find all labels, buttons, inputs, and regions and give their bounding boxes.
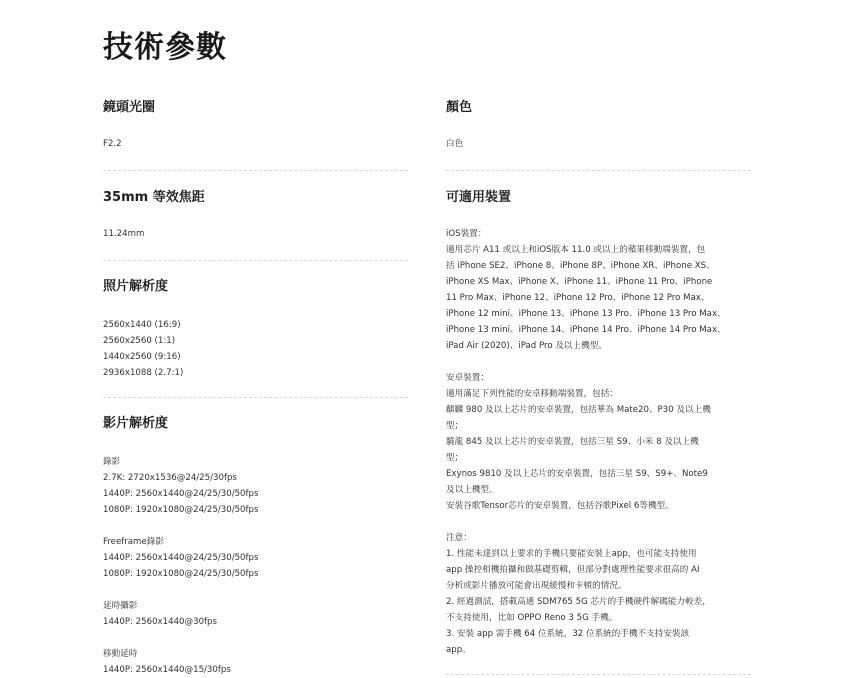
- group-label: Freeframe錄影: [103, 534, 408, 550]
- device-text: 麒麟 980 及以上芯片的安卓裝置，包括華為 Mate20、P30 及以上機: [446, 402, 751, 418]
- device-text: 11 Pro Max、iPhone 12、iPhone 12 Pro、iPhon…: [446, 290, 751, 306]
- spec-value: 2560x2560 (1:1): [103, 333, 408, 349]
- device-text: 適用芯片 A11 或以上和iOS版本 11.0 或以上的蘋果移動端裝置，包: [446, 242, 751, 258]
- spec-value: 11.24mm: [103, 226, 408, 242]
- spec-value: 2.7K: 2720x1536@24/25/30fps: [103, 470, 408, 486]
- section-color: 顏色 白色: [446, 100, 751, 152]
- note-text: 2. 經過測試，搭載高通 SDM765 5G 芯片的手機硬件解碼能力較差，: [446, 594, 751, 610]
- group-label: iOS裝置：: [446, 226, 751, 242]
- section-title: 照片解析度: [103, 279, 408, 295]
- divider: [103, 260, 408, 261]
- section-title: 35mm 等效焦距: [103, 190, 408, 206]
- note-text: app。: [446, 642, 751, 658]
- spec-value: 1440P: 2560x1440@24/25/30/50fps: [103, 550, 408, 566]
- group-label: 延時攝影: [103, 598, 408, 614]
- device-text: 型；: [446, 418, 751, 434]
- note-text: app 操控相機拍攝和做基礎剪輯，但部分對處理性能要求很高的 AI: [446, 562, 751, 578]
- note-text: 分析或影片播放可能會出現緩慢和卡頓的情況。: [446, 578, 751, 594]
- section-title: 可適用裝置: [446, 190, 751, 206]
- device-text: 安裝谷歌Tensor芯片的安卓裝置，包括谷歌Pixel 6等機型。: [446, 498, 751, 514]
- device-text: iPad Air (2020)、iPad Pro 及以上機型。: [446, 338, 751, 354]
- device-text: 適用滿足下列性能的安卓移動端裝置，包括：: [446, 386, 751, 402]
- section-photo-resolution: 照片解析度 2560x1440 (16:9) 2560x2560 (1:1) 1…: [103, 279, 408, 381]
- section-title: 鏡頭光圈: [103, 100, 408, 116]
- divider: [446, 170, 751, 171]
- spec-value: 1440P: 2560x1440@24/25/30/50fps: [103, 486, 408, 502]
- spec-value: 2560x1440 (16:9): [103, 317, 408, 333]
- device-text: iPhone 12 mini、iPhone 13、iPhone 13 Pro、i…: [446, 306, 751, 322]
- spec-value: 1440x2560 (9:16): [103, 349, 408, 365]
- spec-value: 1440P: 2560x1440@30fps: [103, 614, 408, 630]
- page-title: 技術參數: [103, 22, 227, 66]
- group-label: 注意：: [446, 530, 751, 546]
- spec-value: 白色: [446, 136, 751, 152]
- device-text: 型；: [446, 450, 751, 466]
- section-title: 影片解析度: [103, 416, 408, 432]
- note-text: 1. 性能未達到以上要求的手機只要能安裝上app，也可能支持使用: [446, 546, 751, 562]
- group-label: 移動延時: [103, 646, 408, 662]
- device-text: iPhone XS Max、iPhone X、iPhone 11、iPhone …: [446, 274, 751, 290]
- divider: [103, 170, 408, 171]
- device-text: iPhone 13 mini、iPhone 14、iPhone 14 Pro、i…: [446, 322, 751, 338]
- divider: [103, 397, 408, 398]
- spec-value: 1080P: 1920x1080@24/25/30/50fps: [103, 502, 408, 518]
- spec-value: 1440P: 2560x1440@15/30fps: [103, 662, 408, 678]
- section-focal-length: 35mm 等效焦距 11.24mm: [103, 190, 408, 242]
- device-text: Exynos 9810 及以上芯片的安卓裝置，包括三星 S9、S9+、Note9: [446, 466, 751, 482]
- group-label: 安卓裝置：: [446, 370, 751, 386]
- divider: [446, 674, 751, 675]
- note-text: 不支持使用，比如 OPPO Reno 3 5G 手機。: [446, 610, 751, 626]
- device-text: 驍龍 845 及以上芯片的安卓裝置，包括三星 S9、小米 8 及以上機: [446, 434, 751, 450]
- section-aperture: 鏡頭光圈 F2.2: [103, 100, 408, 152]
- device-text: 及以上機型。: [446, 482, 751, 498]
- note-text: 3. 安裝 app 需手機 64 位系統，32 位系統的手機不支持安裝該: [446, 626, 751, 642]
- group-label: 錄影: [103, 454, 408, 470]
- device-text: 括 iPhone SE2、iPhone 8、iPhone 8P、iPhone X…: [446, 258, 751, 274]
- spec-value: 2936x1088 (2.7:1): [103, 365, 408, 381]
- section-compatible-devices: 可適用裝置 iOS裝置： 適用芯片 A11 或以上和iOS版本 11.0 或以上…: [446, 190, 751, 658]
- spec-value: 1080P: 1920x1080@24/25/30/50fps: [103, 566, 408, 582]
- spec-value: F2.2: [103, 136, 408, 152]
- section-video-resolution: 影片解析度 錄影 2.7K: 2720x1536@24/25/30fps 144…: [103, 416, 408, 678]
- section-title: 顏色: [446, 100, 751, 116]
